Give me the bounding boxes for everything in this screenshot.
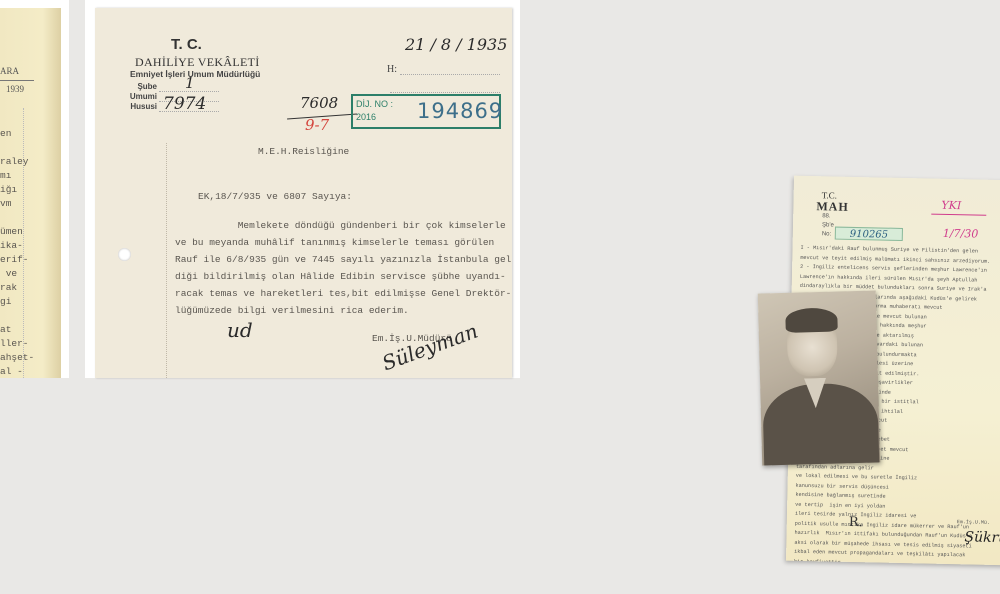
portrait-photo[interactable] bbox=[758, 290, 880, 465]
stamp-label: DİJ. NO : bbox=[356, 99, 393, 109]
right-initials: R. bbox=[849, 515, 863, 530]
stamp-year: 2016 bbox=[356, 112, 376, 122]
left-header-fragment: ARA bbox=[0, 66, 19, 76]
right-signature: Şükrü bbox=[964, 529, 1000, 546]
h-line-2 bbox=[390, 92, 500, 93]
h-label: H: bbox=[387, 64, 397, 75]
hususi-value: 7974 bbox=[163, 94, 206, 114]
left-text-lines: en raley mı iğı vm ümen ika- erif- ve ra… bbox=[0, 127, 34, 378]
red-note: 9-7 bbox=[305, 116, 329, 134]
left-document[interactable]: ARA 1939 en raley mı iğı vm ümen ika- er… bbox=[0, 8, 61, 378]
right-red-line bbox=[931, 214, 986, 216]
right-signature-title: Em.İş.U.Mü. bbox=[957, 519, 990, 526]
label-hususi: Hususi bbox=[117, 102, 157, 111]
label-umumi: Umumi bbox=[117, 92, 157, 101]
right-sub-lines: 88. Şb'e No: bbox=[822, 212, 834, 239]
letterhead-ministry: DAHİLİYE VEKÂLETİ bbox=[135, 55, 260, 70]
photo-hair bbox=[785, 308, 838, 333]
main-document[interactable]: T. C. DAHİLİYE VEKÂLETİ Emniyet İşleri U… bbox=[95, 8, 512, 378]
document-date: 21 / 8 / 1935 bbox=[405, 35, 507, 54]
initials: ud bbox=[227, 318, 253, 342]
signature: Süleyman bbox=[379, 319, 481, 376]
reference-line: EK,18/7/935 ve 6807 Sayıya: bbox=[198, 191, 352, 202]
left-header-rule bbox=[0, 80, 34, 81]
letter-body: Memlekete döndüğü gündenberi bir çok kim… bbox=[175, 217, 512, 319]
right-stamp: 910265 bbox=[835, 227, 903, 241]
margin-line bbox=[166, 143, 167, 378]
punch-hole bbox=[118, 248, 131, 261]
photo-uniform bbox=[762, 382, 879, 465]
sube-value: 1 bbox=[185, 74, 195, 92]
letterhead-tc: T. C. bbox=[171, 36, 202, 53]
stamp-number: 194869 bbox=[417, 99, 503, 123]
right-red-mark: YKI bbox=[941, 199, 961, 212]
right-red-date: 1/7/30 bbox=[943, 227, 979, 241]
addressee: M.E.H.Reisliğine bbox=[258, 146, 349, 157]
left-year: 1939 bbox=[6, 84, 24, 94]
letterhead-department: Emniyet İşleri Umum Müdürlüğü bbox=[130, 69, 260, 79]
label-sube: Şube bbox=[117, 82, 157, 91]
h-line bbox=[400, 74, 500, 75]
handwritten-number: 7608 bbox=[300, 94, 338, 112]
registry-stamp: DİJ. NO : 2016 194869 bbox=[351, 94, 501, 129]
